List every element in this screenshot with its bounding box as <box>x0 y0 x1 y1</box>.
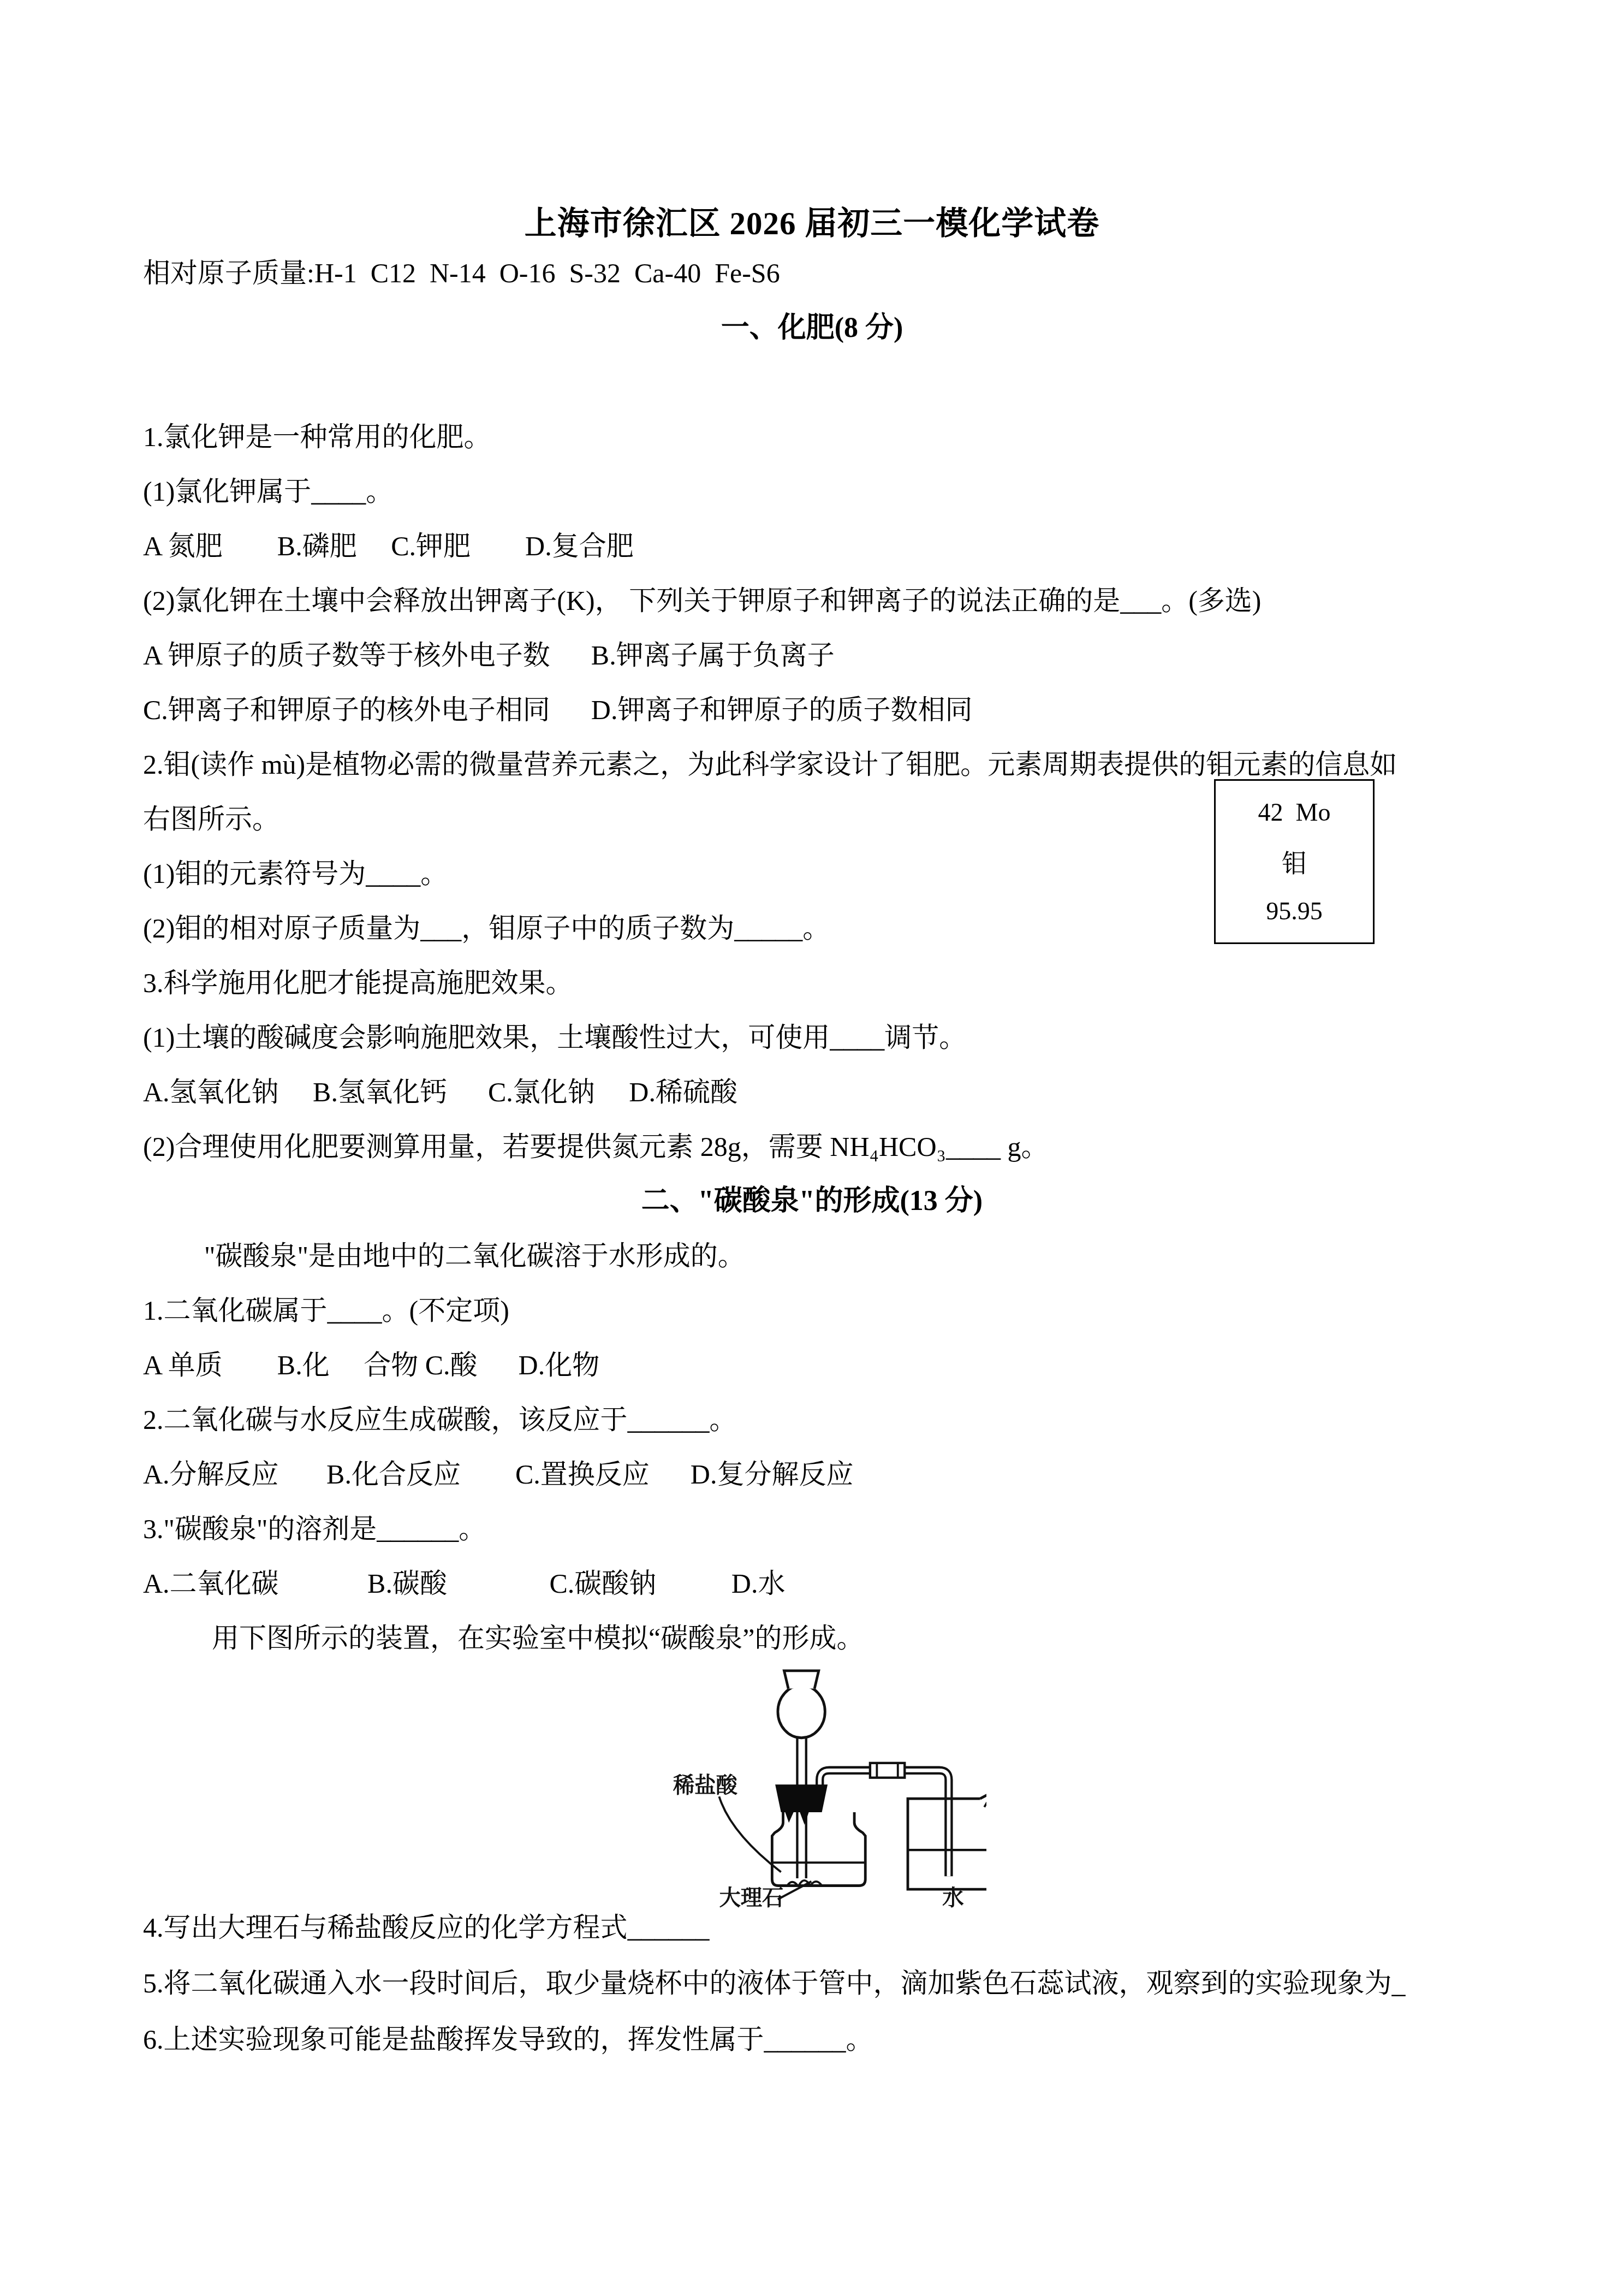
q3-1-options: A.氢氧化钠 B.氢氧化钙 C.氯化钠 D.稀硫酸 <box>143 1075 737 1109</box>
s2-q2-stem: 2.二氧化碳与水反应生成碳酸，该反应于______。 <box>143 1403 737 1437</box>
q3-2-stem: (2)合理使用化肥要测算用量，若要提供氮元素 28g，需要 NH₄HCO₃___… <box>143 1130 1048 1164</box>
element-atomic-mass: 95.95 <box>1266 897 1323 925</box>
acid-label: 稀盐酸 <box>673 1773 738 1797</box>
s2-q5-stem: 5.将二氧化碳通入水一段时间后，取少量烧杯中的液体于管中，滴加紫色石蕊试液，观察… <box>143 1966 1406 2000</box>
section1-heading: 一、化肥(8 分) <box>0 311 1624 345</box>
s2-q2-options: A.分解反应 B.化合反应 C.置换反应 D.复分解反应 <box>143 1457 853 1491</box>
element-name: 钼 <box>1282 844 1307 880</box>
q2-1-blank: (1)钼的元素符号为____。 <box>143 857 448 891</box>
s2-q1-options: A 单质 B.化 合物 C.酸 D.化物 <box>143 1348 599 1382</box>
tube-connector <box>870 1763 905 1778</box>
s2-q3-options: A.二氧化碳 B.碳酸 C.碳酸钠 D.水 <box>143 1567 785 1600</box>
q1-stem: 1.氯化钾是一种常用的化肥。 <box>143 420 491 454</box>
apparatus-diagram: 稀盐酸 大理石 水 <box>646 1666 986 1908</box>
s2-q4-stem: 4.写出大理石与稀盐酸反应的化学方程式______ <box>143 1911 710 1944</box>
s2-q1-stem: 1.二氧化碳属于____。(不定项) <box>143 1294 509 1327</box>
reaction-bottle <box>772 1812 865 1885</box>
section2-heading: 二、"碳酸泉"的形成(13 分) <box>0 1184 1624 1218</box>
s2-q3-stem: 3."碳酸泉"的溶剂是______。 <box>143 1512 486 1546</box>
q3-1-stem: (1)土壤的酸碱度会影响施肥效果，土壤酸性过大，可使用____调节。 <box>143 1021 966 1054</box>
q1-1-options: A 氮肥 B.磷肥 C.钾肥 D.复合肥 <box>143 529 634 563</box>
q1-2-stem: (2)氯化钾在土壤中会释放出钾离子(K)， 下列关于钾原子和钾离子的说法正确的是… <box>143 584 1262 618</box>
q2-2-blank: (2)钼的相对原子质量为___，钼原子中的质子数为_____。 <box>143 911 830 945</box>
q2-stem-line2: 右图所示。 <box>143 802 279 836</box>
exam-title: 上海市徐汇区 2026 届初三一模化学试卷 <box>0 206 1624 240</box>
element-number-symbol: 42 Mo <box>1258 798 1331 827</box>
q3-stem: 3.科学施用化肥才能提高施肥效果。 <box>143 966 573 1000</box>
q1-2-options-cd: C.钾离子和钾原子的核外电子相同 D.钾离子和钾原子的质子数相同 <box>143 693 972 727</box>
marble-label: 大理石 <box>719 1886 783 1908</box>
q1-1-blank: (1)氯化钾属于____。 <box>143 474 393 508</box>
s2-q6-stem: 6.上述实验现象可能是盐酸挥发导致的，挥发性属于______。 <box>143 2022 873 2056</box>
element-info-box: 42 Mo 钼 95.95 <box>1214 779 1375 944</box>
water-label: 水 <box>942 1886 963 1908</box>
exam-page: 上海市徐汇区 2026 届初三一模化学试卷 相对原子质量:H-1 C12 N-1… <box>0 0 1624 2296</box>
s2-apparatus-caption: 用下图所示的装置，在实验室中模拟“碳酸泉”的形成。 <box>212 1621 864 1655</box>
q2-stem-line1: 2.钼(读作 mù)是植物必需的微量营养元素之，为此科学家设计了钼肥。元素周期表… <box>143 747 1397 781</box>
s2-intro: "碳酸泉"是由地中的二氧化碳溶于水形成的。 <box>204 1239 745 1273</box>
atomic-mass-line: 相对原子质量:H-1 C12 N-14 O-16 S-32 Ca-40 Fe-S… <box>143 256 780 290</box>
beaker-spout-fold <box>984 1791 986 1807</box>
q1-2-options-ab: A 钾原子的质子数等于核外电子数 B.钾离子属于负离子 <box>143 638 835 672</box>
